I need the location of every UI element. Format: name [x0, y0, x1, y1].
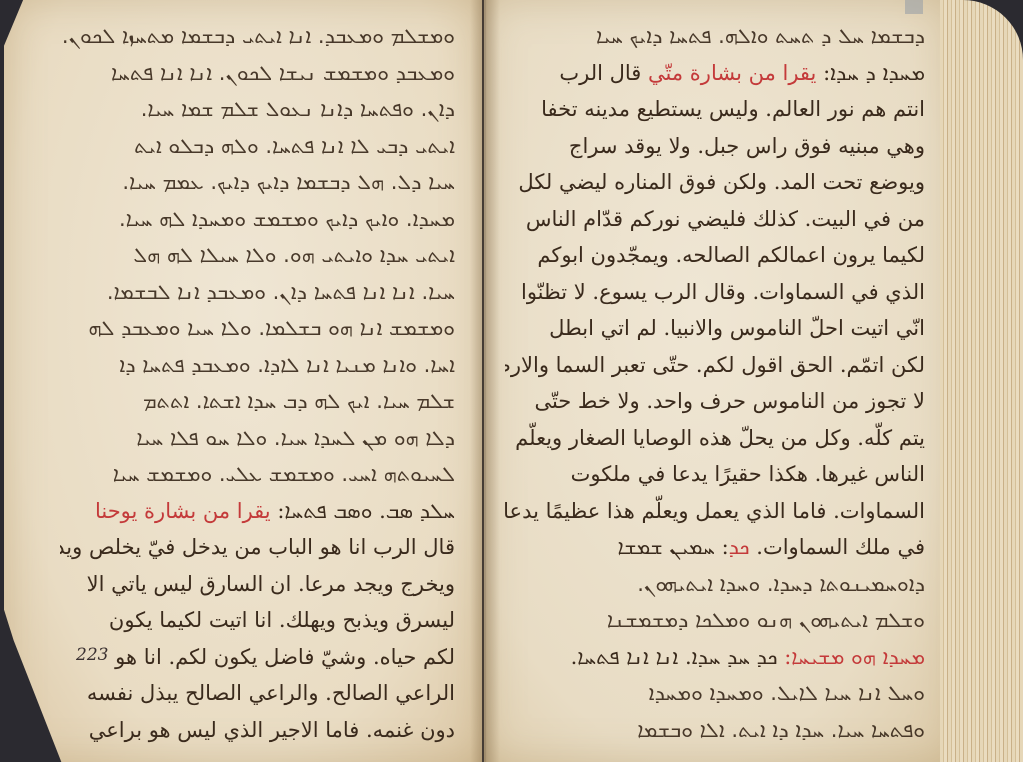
- line-text: ܘܚܠ ܐܢܐ ܚܝܐ ܠܐܝܠ. ܘܡܚܕܐ ܘܡܚܕܐ: [649, 681, 925, 705]
- manuscript-line: ܐܝܬܝ ܚܕܐ ܘܐܝܬܝ ܗܘ. ܘܠܐ ܚܝܠܐ ܠܗ ܗܠ: [60, 237, 455, 274]
- manuscript-line: ܕܒܫܡܐ ܚܠ ܕ ܬܚܬ ܘܐܠܗ. ܦܬܚܐ ܕܐܝܟ ܚܝܐ: [505, 18, 925, 55]
- line-text: ܐܚܐ. ܘܐܢܐ ܡܢܝܐ ܐܢܐ ܠܐܕܐ. ܘܡܥܒܕ ܦܬܚܐ ܕܐ: [119, 353, 455, 377]
- line-text: ܕܐܘܚܡܝܢܘܬܐ ܕܚܕܐ. ܘܚܕܐ ܐܝܬܝܗܘܢ.: [637, 572, 925, 596]
- manuscript-line: ܠܚܝܘܬܗ ܐܚܝ. ܘܡܫܡܫ ܥܠܝ. ܘܡܫܡܫ ܚܝܐ: [60, 456, 455, 493]
- manuscript-line: لا تجوز من الناموس حرف واحد. ولا خط حتّى: [505, 383, 925, 420]
- line-text: ܕܠܐ ܗܘ ܡܢ ܠܚܕܐ ܚܝܐ. ܘܠܐ ܚܘ ܦܠܐ ܚܝܐ: [136, 426, 455, 450]
- line-text: ܠܚܝܘܬܗ ܐܚܝ. ܘܡܫܡܫ ܥܠܝ. ܘܡܫܡܫ ܚܝܐ: [113, 462, 455, 486]
- manuscript-line: ܕܐܘܚܡܝܢܘܬܐ ܕܚܕܐ. ܘܚܕܐ ܐܝܬܝܗܘܢ.: [505, 566, 925, 603]
- line-text: ܘܫܠܡ ܐܝܬܝܗܘܢ ܗܢܘ ܘܡܠܟܐ ܕܡܫܡܫܢܐ: [607, 608, 925, 632]
- line-text: وهي مبنيه فوق راس جبل. ولا يوقد سراج: [569, 134, 925, 158]
- line-text: لكن اتمّم. الحق اقول لكم. حتّى تعبر السم…: [505, 353, 925, 377]
- manuscript-line: ܘܡܥܒܕ ܘܡܫܡܫ ܢܝܫܐ ܠܟܘܢ. ܐܢܐ ܐܢܐ ܦܬܚܐ: [60, 55, 455, 92]
- manuscript-line: ܫܠܡ ܚܝܐ. ܐܝܟ ܠܗ ܕܒ ܚܕܐ ܐܫܬܐ. ܐܬܬܡ: [60, 383, 455, 420]
- line-text: ܕܐܢ. ܘܦܬܚܐ ܕܐܢܐ ܢܥܘܠ ܫܠܡ ܫܡܐ ܚܝܐ.: [141, 97, 455, 121]
- line-text-tail: ܟܕ ܚܕ ܚܕܐ. ܐܢܐ ܐܢܐ ܦܬܚܐ.: [571, 645, 785, 669]
- line-text: ܘܡܫܡܫ ܐܢܐ ܗܘ ܒܫܠܡܐ. ܘܠܐ ܚܝܐ ܘܡܥܒܕ ܠܗ: [88, 316, 455, 340]
- line-text: ܘܦܬܚܐ ܚܝܐ. ܚܕܐ ܕܐ ܐܝܬ. ܐܠܐ ܘܒܫܡܐ: [637, 718, 925, 742]
- line-text: ܡܚܕܐ ܕ ܚܕܐ:: [816, 61, 925, 85]
- manuscript-line: يتم كلّه. وكل من يحلّ هذه الوصايا الصغار…: [505, 420, 925, 457]
- manuscript-line: ܚܝܐ. ܐܢܐ ܐܢܐ ܦܬܚܐ ܕܐܢ. ܘܡܥܒܕ ܐܢܐ ܠܒܫܡܐ.: [60, 274, 455, 311]
- line-text: ܚܝܐ ܕܠ. ܗܠ ܕܒܫܡܐ ܕܐܝܟ ܕܐܝܟ. ܥܡܡ ܚܝܐ.: [122, 170, 455, 194]
- manuscript-line: انتم هم نور العالم. وليس يستطيع مدينه تخ…: [505, 91, 925, 128]
- line-text: ܫܠܡ ܚܝܐ. ܐܝܟ ܠܗ ܕܒ ܚܕܐ ܐܫܬܐ. ܐܬܬܡ: [143, 389, 455, 413]
- line-text: ويخرج ويجد مرعا. ان السارق ليس ياتي الا: [87, 572, 455, 596]
- manuscript-line: انّي اتيت احلّ الناموس والانبيا. لم اتي …: [505, 310, 925, 347]
- rubric-text: ܟܕ: [729, 535, 750, 559]
- manuscript-line: ويخرج ويجد مرعا. ان السارق ليس ياتي الا: [60, 566, 455, 603]
- line-text: ويوضع تحت المد. ولكن فوق المناره ليضي لك…: [518, 170, 925, 194]
- manuscript-line: ܘܡܫܡܫ ܐܢܐ ܗܘ ܒܫܠܡܐ. ܘܠܐ ܚܝܐ ܘܡܥܒܕ ܠܗ: [60, 310, 455, 347]
- line-text: ܘܡܫܠܡ ܘܡܥܒܕ. ܐܢܐ ܐܝܬܝ ܕܒܫܡܐ ܡܬܚܙܐ ܠܟܘܢ.: [62, 24, 455, 48]
- line-text: ليسرق ويذبح ويهلك. انا اتيت لكيما يكون: [109, 608, 455, 632]
- line-text: يتم كلّه. وكل من يحلّ هذه الوصايا الصغار…: [515, 426, 925, 450]
- line-text: ܐܝܬܝ ܕܒܝ ܠܐ ܐܢܐ ܦܬܚܐ. ܘܠܗ ܕܒܠܘ ܐܝܬ: [134, 134, 455, 158]
- manuscript-line: الراعي الصالح. والراعي الصالح يبذل نفسه: [60, 675, 455, 712]
- book-gutter: [470, 0, 500, 762]
- manuscript-line: لكم حياه. وشيّ فاضل يكون لكم. انا هو: [60, 639, 455, 676]
- line-text: انتم هم نور العالم. وليس يستطيع مدينه تخ…: [541, 97, 925, 121]
- line-text: ܘܡܥܒܕ ܘܡܫܡܫ ܢܝܫܐ ܠܟܘܢ. ܐܢܐ ܐܢܐ ܦܬܚܐ: [111, 61, 455, 85]
- manuscript-line: ܡܚܕܐ ܗܘ ܡܫܝܚܐ: ܟܕ ܚܕ ܚܕܐ. ܐܢܐ ܐܢܐ ܦܬܚܐ.: [505, 639, 925, 676]
- manuscript-line: الناس غيرها. هكذا حقيرًا يدعا في ملكوت: [505, 456, 925, 493]
- rubric-text: يقرا من بشارة يوحنا: [95, 499, 271, 523]
- line-text: ܕܒܫܡܐ ܚܠ ܕ ܬܚܬ ܘܐܠܗ. ܦܬܚܐ ܕܐܝܟ ܚܝܐ: [596, 24, 925, 48]
- manuscript-line: ܕܠܐ ܗܘ ܡܢ ܠܚܕܐ ܚܝܐ. ܘܠܐ ܚܘ ܦܠܐ ܚܝܐ: [60, 420, 455, 457]
- line-text: ܚܠܕ ܣܒ. ܘܣܒ ܦܬܚܐ:: [271, 499, 455, 523]
- manuscript-line: لكن اتمّم. الحق اقول لكم. حتّى تعبر السم…: [505, 347, 925, 384]
- line-text: الراعي الصالح. والراعي الصالح يبذل نفسه: [87, 681, 455, 705]
- line-text: الناس غيرها. هكذا حقيرًا يدعا في ملكوت: [571, 462, 925, 486]
- manuscript-line: ويوضع تحت المد. ولكن فوق المناره ليضي لك…: [505, 164, 925, 201]
- manuscript-line: ܘܫܠܡ ܐܝܬܝܗܘܢ ܗܢܘ ܘܡܠܟܐ ܕܡܫܡܫܢܐ: [505, 602, 925, 639]
- manuscript-line: ܐܝܬܝ ܕܒܝ ܠܐ ܐܢܐ ܦܬܚܐ. ܘܠܗ ܕܒܠܘ ܐܝܬ: [60, 128, 455, 165]
- line-text-tail: قال الرب: [559, 61, 648, 85]
- page-stack-edge: [940, 0, 1023, 762]
- left-page-text: ܘܡܫܠܡ ܘܡܥܒܕ. ܐܢܐ ܐܝܬܝ ܕܒܫܡܐ ܡܬܚܙܐ ܠܟܘܢ.ܘ…: [60, 18, 455, 748]
- line-text: من في البيت. كذلك فليضي نوركم قدّام النا…: [526, 207, 925, 231]
- manuscript-line: ܕܐܢ. ܘܦܬܚܐ ܕܐܢܐ ܢܥܘܠ ܫܠܡ ܫܡܐ ܚܝܐ.: [60, 91, 455, 128]
- manuscript-line: ܚܠܕ ܣܒ. ܘܣܒ ܦܬܚܐ: يقرا من بشارة يوحنا: [60, 493, 455, 530]
- line-text: لا تجوز من الناموس حرف واحد. ولا خط حتّى: [534, 389, 925, 413]
- manuscript-line: ܘܦܬܚܐ ܚܝܐ. ܚܕܐ ܕܐ ܐܝܬ. ܐܠܐ ܘܒܫܡܐ: [505, 712, 925, 749]
- line-text-tail: : ܚܡܝܢ ܫܡܫܐ: [618, 535, 729, 559]
- manuscript-line: ليسرق ويذبح ويهلك. انا اتيت لكيما يكون: [60, 602, 455, 639]
- manuscript-line: لكيما يرون اعمالكم الصالحه. ويمجّدون ابو…: [505, 237, 925, 274]
- line-text: دون غنمه. فاما الاجير الذي ليس هو براعي: [89, 718, 455, 742]
- line-text: قال الرب انا هو الباب من يدخل فيّ يخلص و…: [60, 535, 455, 559]
- manuscript-line: في ملك السماوات. ܟܕ: ܚܡܝܢ ܫܡܫܐ: [505, 529, 925, 566]
- line-text: ܐܝܬܝ ܚܕܐ ܘܐܝܬܝ ܗܘ. ܘܠܐ ܚܝܠܐ ܠܗ ܗܠ: [133, 243, 455, 267]
- manuscript-line: ܘܚܠ ܐܢܐ ܚܝܐ ܠܐܝܠ. ܘܡܚܕܐ ܘܡܚܕܐ: [505, 675, 925, 712]
- manuscript-line: ܡܚܕܐ ܕ ܚܕܐ: يقرا من بشارة متّي قال الرب: [505, 55, 925, 92]
- line-text: ܡܚܕܐ. ܘܐܝܟ ܕܐܝܟ ܘܡܫܡܫ ܘܡܚܕܐ ܠܗ ܚܝܐ.: [119, 207, 455, 231]
- line-text: في ملك السماوات.: [750, 535, 925, 559]
- manuscript-line: ܘܡܫܠܡ ܘܡܥܒܕ. ܐܢܐ ܐܝܬܝ ܕܒܫܡܐ ܡܬܚܙܐ ܠܟܘܢ.: [60, 18, 455, 55]
- manuscript-line: ܡܚܕܐ. ܘܐܝܟ ܕܐܝܟ ܘܡܫܡܫ ܘܡܚܕܐ ܠܗ ܚܝܐ.: [60, 201, 455, 238]
- manuscript-line: دون غنمه. فاما الاجير الذي ليس هو براعي: [60, 712, 455, 749]
- bookmark-tab: [905, 0, 923, 14]
- line-text: ܚܝܐ. ܐܢܐ ܐܢܐ ܦܬܚܐ ܕܐܢ. ܘܡܥܒܕ ܐܢܐ ܠܒܫܡܐ.: [107, 280, 455, 304]
- right-page-text: ܕܒܫܡܐ ܚܠ ܕ ܬܚܬ ܘܐܠܗ. ܦܬܚܐ ܕܐܝܟ ܚܝܐܡܚܕܐ ܕ…: [505, 18, 925, 748]
- line-text: انّي اتيت احلّ الناموس والانبيا. لم اتي …: [549, 316, 925, 340]
- manuscript-line: السماوات. فاما الذي يعمل ويعلّم هذا عظيم…: [505, 493, 925, 530]
- rubric-text: يقرا من بشارة متّي: [648, 61, 816, 85]
- manuscript-line: وهي مبنيه فوق راس جبل. ولا يوقد سراج: [505, 128, 925, 165]
- manuscript-line: الذي في السماوات. وقال الرب يسوع. لا تظن…: [505, 274, 925, 311]
- manuscript-line: من في البيت. كذلك فليضي نوركم قدّام النا…: [505, 201, 925, 238]
- manuscript-line: قال الرب انا هو الباب من يدخل فيّ يخلص و…: [60, 529, 455, 566]
- line-text: لكم حياه. وشيّ فاضل يكون لكم. انا هو: [115, 645, 455, 669]
- rubric-text: ܡܚܕܐ ܗܘ ܡܫܝܚܐ:: [784, 645, 925, 669]
- manuscript-line: ܐܚܐ. ܘܐܢܐ ܡܢܝܐ ܐܢܐ ܠܐܕܐ. ܘܡܥܒܕ ܦܬܚܐ ܕܐ: [60, 347, 455, 384]
- line-text: السماوات. فاما الذي يعمل ويعلّم هذا عظيم…: [505, 499, 925, 523]
- manuscript-line: ܚܝܐ ܕܠ. ܗܠ ܕܒܫܡܐ ܕܐܝܟ ܕܐܝܟ. ܥܡܡ ܚܝܐ.: [60, 164, 455, 201]
- folio-number: 223: [76, 645, 108, 665]
- line-text: الذي في السماوات. وقال الرب يسوع. لا تظن…: [521, 280, 925, 304]
- line-text: لكيما يرون اعمالكم الصالحه. ويمجّدون ابو…: [537, 243, 925, 267]
